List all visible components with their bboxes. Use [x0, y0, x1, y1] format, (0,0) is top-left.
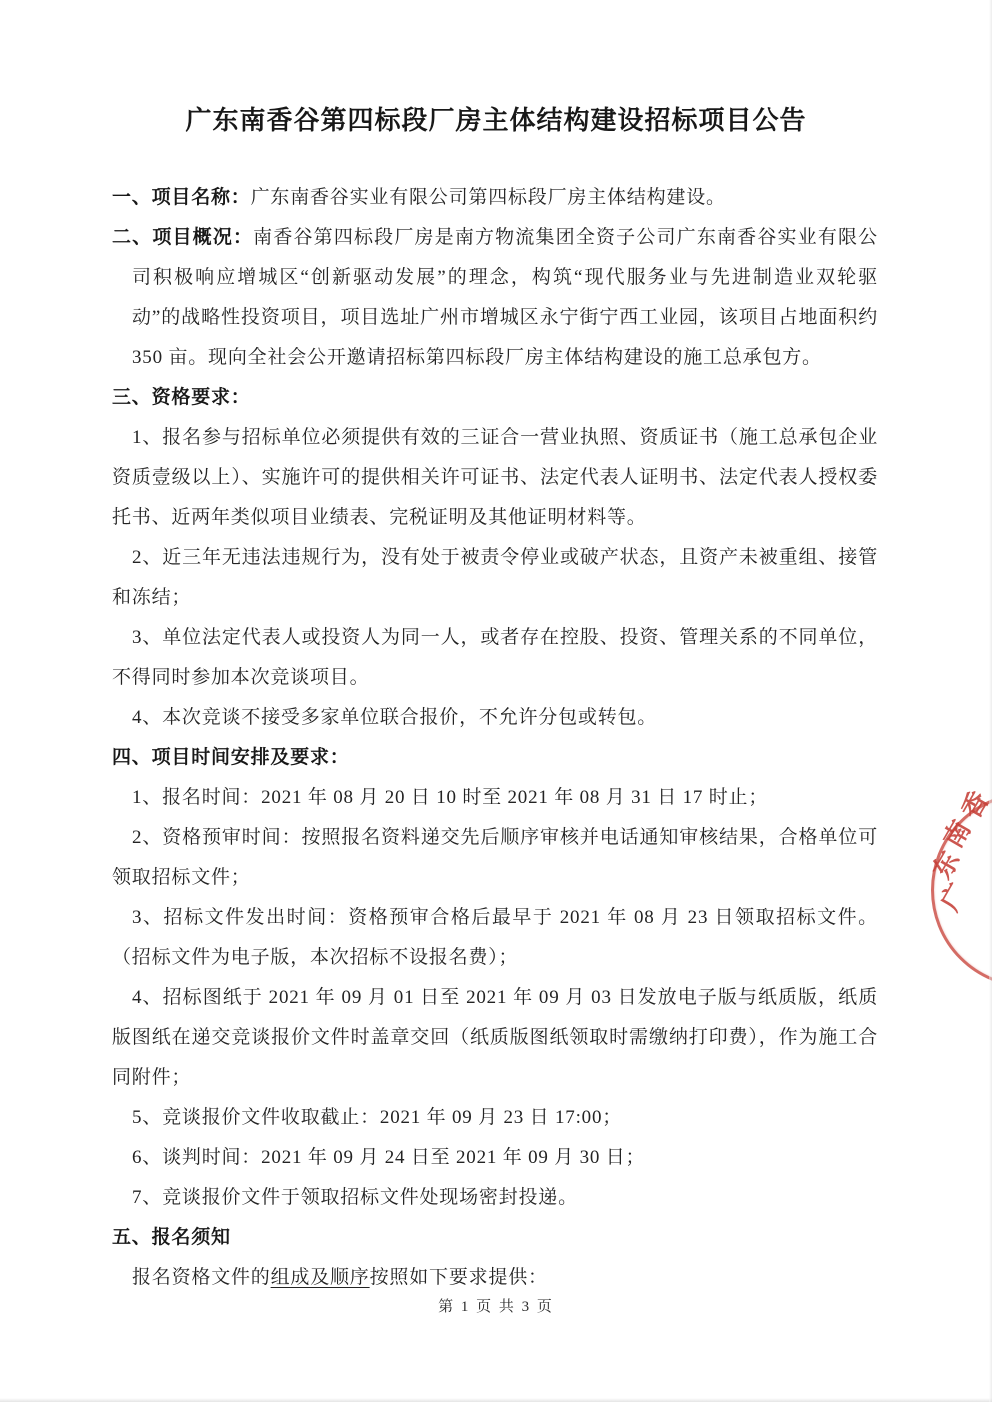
- registration-intro-prefix: 报名资格文件的: [132, 1267, 271, 1288]
- qualification-item-4: 4、本次竞谈不接受多家单位联合报价，不允许分包或转包。: [112, 698, 878, 738]
- schedule-item-2: 2、资格预审时间：按照报名资料递交先后顺序审核并电话通知审核结果，合格单位可领取…: [112, 818, 878, 898]
- section-project-overview: 二、项目概况：南香谷第四标段厂房是南方物流集团全资子公司广东南香谷实业有限公司积…: [112, 218, 878, 378]
- section-schedule-heading: 四、项目时间安排及要求：: [112, 738, 878, 778]
- qualification-item-2: 2、近三年无违法违规行为，没有处于被责令停业或破产状态，且资产未被重组、接管和冻…: [112, 538, 878, 618]
- qualification-item-1: 1、报名参与招标单位必须提供有效的三证合一营业执照、资质证书（施工总承包企业资质…: [112, 418, 878, 538]
- schedule-item-4: 4、招标图纸于 2021 年 09 月 01 日至 2021 年 09 月 03…: [112, 978, 878, 1098]
- schedule-item-6: 6、谈判时间：2021 年 09 月 24 日至 2021 年 09 月 30 …: [112, 1138, 878, 1178]
- schedule-item-3: 3、招标文件发出时间：资格预审合格后最早于 2021 年 08 月 23 日领取…: [112, 898, 878, 978]
- section-project-overview-label: 二、项目概况：: [112, 227, 253, 248]
- section-qualification-heading: 三、资格要求：: [112, 378, 878, 418]
- registration-intro: 报名资格文件的组成及顺序按照如下要求提供：: [112, 1258, 878, 1298]
- registration-intro-suffix: 按照如下要求提供：: [370, 1267, 548, 1288]
- qualification-item-3: 3、单位法定代表人或投资人为同一人，或者存在控股、投资、管理关系的不同单位，不得…: [112, 618, 878, 698]
- section-project-overview-text: 南香谷第四标段厂房是南方物流集团全资子公司广东南香谷实业有限公司积极响应增城区“…: [132, 227, 878, 368]
- document-body: 一、项目名称：广东南香谷实业有限公司第四标段厂房主体结构建设。 二、项目概况：南…: [112, 178, 878, 1298]
- document-title: 广东南香谷第四标段厂房主体结构建设招标项目公告: [0, 100, 992, 137]
- schedule-item-7: 7、竞谈报价文件于领取招标文件处现场密封投递。: [112, 1178, 878, 1218]
- page-number-footer: 第 1 页 共 3 页: [0, 1295, 992, 1319]
- registration-intro-underlined: 组成及顺序: [271, 1267, 370, 1288]
- section-registration-heading: 五、报名须知: [112, 1218, 878, 1258]
- document-page: 广东南香谷第四标段厂房主体结构建设招标项目公告 一、项目名称：广东南香谷实业有限…: [0, 0, 992, 1402]
- schedule-item-1: 1、报名时间：2021 年 08 月 20 日 10 时至 2021 年 08 …: [112, 778, 878, 818]
- schedule-item-5: 5、竞谈报价文件收取截止：2021 年 09 月 23 日 17:00；: [112, 1098, 878, 1138]
- section-project-name: 一、项目名称：广东南香谷实业有限公司第四标段厂房主体结构建设。: [112, 178, 878, 218]
- section-project-name-label: 一、项目名称：: [112, 187, 251, 208]
- section-project-name-text: 广东南香谷实业有限公司第四标段厂房主体结构建设。: [251, 187, 726, 208]
- scan-edge-bottom: [0, 1398, 992, 1402]
